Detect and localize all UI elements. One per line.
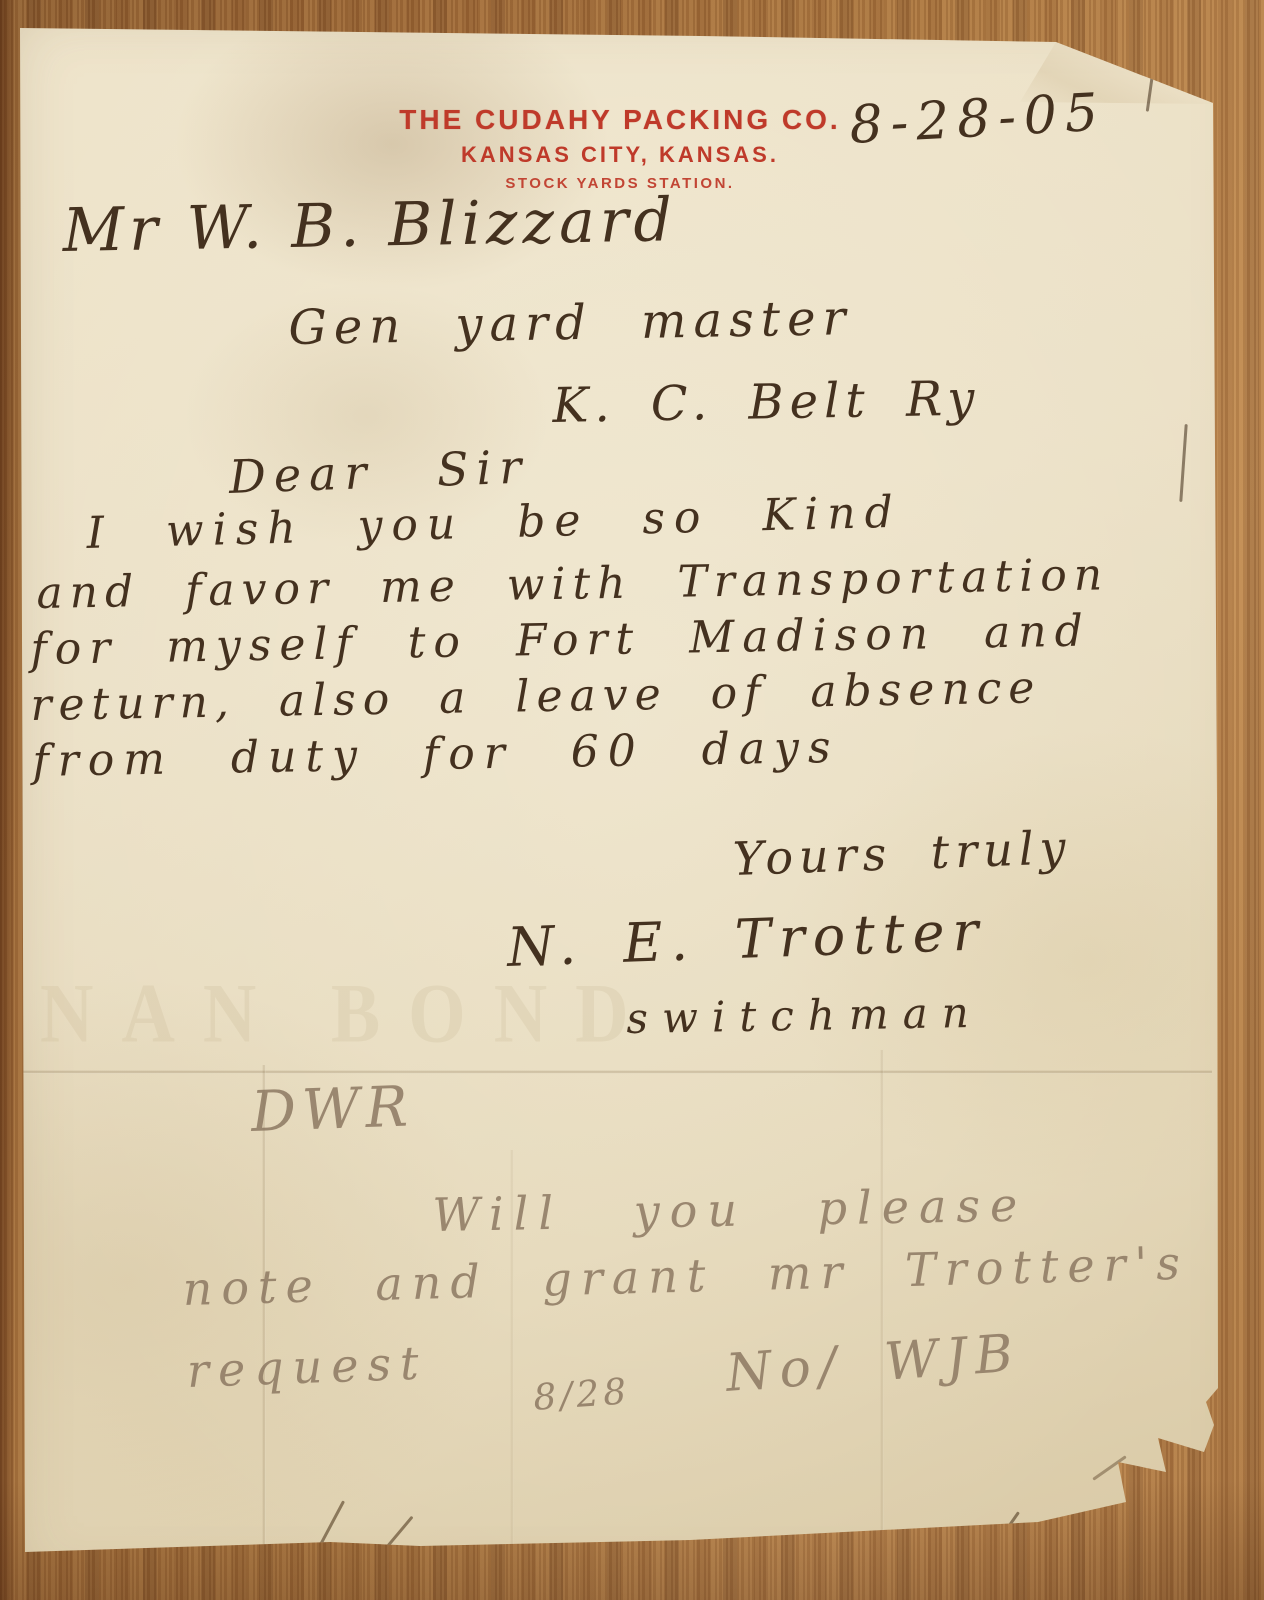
wood-shadow-left [0, 0, 14, 1600]
paper-watermark: NAN BOND [40, 966, 657, 1064]
tear-mark-bottom [385, 1516, 413, 1549]
pencil-note-line: request [186, 1336, 428, 1398]
body-line: from duty for 60 days [32, 722, 840, 787]
signature-title: switchman [626, 988, 983, 1043]
handwritten-date: 8-28-05 [848, 83, 1107, 156]
letterhead-city: KANSAS CITY, KANSAS. [330, 142, 910, 168]
vertical-fold-crease-right [880, 1050, 884, 1555]
closing: Yours truly [732, 820, 1072, 886]
horizontal-fold-crease [22, 1070, 1212, 1074]
letter-paper: NAN BOND THE CUDAHY PACKING CO. KANSAS C… [0, 0, 1264, 1600]
pencil-note-line: Will you please [432, 1178, 1028, 1242]
letterhead: THE CUDAHY PACKING CO. KANSAS CITY, KANS… [330, 104, 910, 192]
pencil-initials: DWR [250, 1074, 415, 1145]
pencil-note-line: note and grant mr Trotter's [182, 1236, 1189, 1316]
body-line: return, also a leave of absence [30, 662, 1042, 731]
pencil-date: 8/28 [532, 1371, 631, 1419]
salutation: Dear Sir [228, 440, 530, 504]
recipient-railway: K. C. Belt Ry [552, 371, 981, 434]
letterhead-company-name: THE CUDAHY PACKING CO. [330, 104, 910, 136]
recipient-title: Gen yard master [288, 290, 853, 356]
tear-mark-bottom-left [318, 1500, 345, 1547]
pencil-approval-initials: No/ WJB [724, 1323, 1023, 1403]
signature-name: N. E. Trotter [506, 899, 987, 979]
body-line: I wish you be so Kind [86, 487, 902, 559]
ink-stray-mark [1179, 424, 1187, 502]
recipient-name: Mr W. B. Blizzard [62, 185, 677, 266]
